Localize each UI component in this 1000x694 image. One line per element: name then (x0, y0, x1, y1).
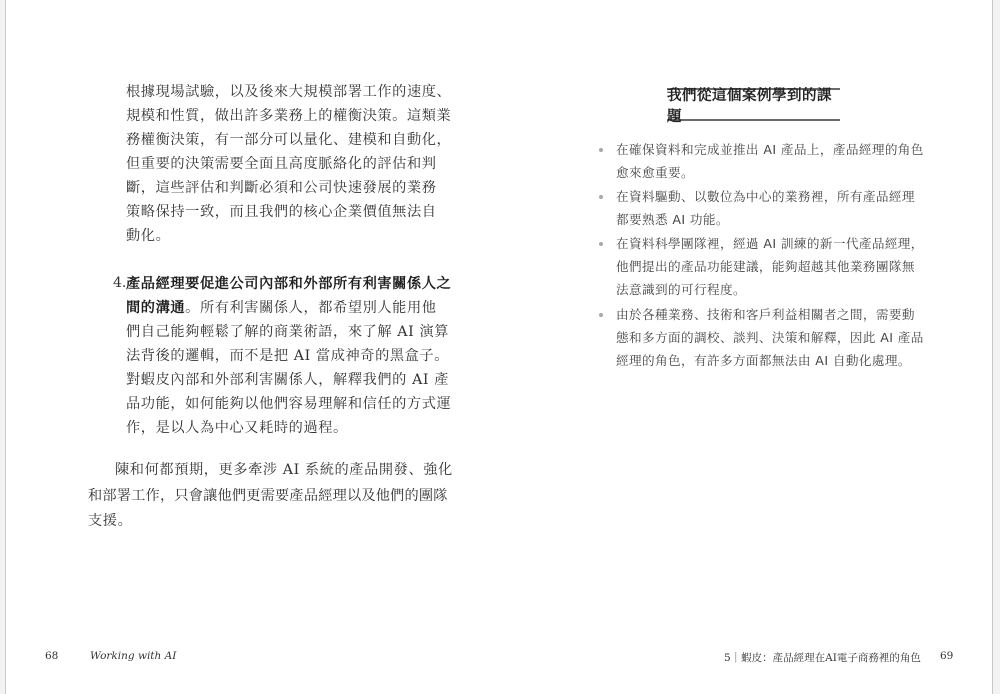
item-lead-bold: 產品經理要促進公司內部和外部所有利害關係人之 (126, 275, 451, 293)
bullet-icon (599, 242, 603, 246)
text-line: 動化。 (126, 227, 170, 245)
box-title: 我們從這個案例學到的課題 (667, 84, 840, 126)
text-line: 們自己能夠輕鬆了解的商業術語，來了解 AI 演算 (126, 323, 449, 341)
text-line: 支援。 (88, 512, 132, 530)
running-title-left: Working with AI (90, 650, 176, 662)
text-line: 間的溝通。所有利害關係人，都希望別人能用他 (126, 299, 437, 317)
text-line: 作，是以人為中心又耗時的過程。 (126, 419, 348, 437)
text-line: 斷，這些評估和判斷必須和公司快速發展的業務 (126, 179, 437, 197)
item-text: 。所有利害關係人，都希望別人能用他 (185, 300, 436, 316)
running-title-right: 5｜蝦皮：產品經理在AI電子商務裡的角色 (724, 650, 921, 665)
page-number-left: 68 (45, 650, 58, 662)
list-item-line: 態和多方面的調校、談判、決策和解釋，因此 AI 產品 (616, 330, 924, 346)
bullet-icon (599, 148, 603, 152)
list-item-line: 法意識到的可行程度。 (616, 282, 746, 298)
list-item-line: 經理的角色，有許多方面都無法由 AI 自動化處理。 (616, 353, 911, 369)
list-item-line: 由於各種業務、技術和客戶利益相關者之間，需要動 (616, 307, 915, 323)
text-line: 務權衡決策，有一部分可以量化、建模和自動化， (126, 131, 451, 149)
text-line: 但重要的決策需要全面且高度脈絡化的評估和判 (126, 155, 437, 173)
text-line: 對蝦皮內部和外部利害關係人，解釋我們的 AI 產 (126, 371, 449, 389)
list-item-line: 在資料驅動、以數位為中心的業務裡，所有產品經理 (616, 189, 915, 205)
list-item-line: 都要熟悉 AI 功能。 (616, 212, 729, 228)
text-line: 陳和何都預期，更多牽涉 AI 系統的產品開發、強化 (115, 461, 453, 479)
list-item-line: 他們提出的產品功能建議，能夠超越其他業務團隊無 (616, 259, 915, 275)
list-item-line: 在確保資料和完成並推出 AI 產品上，產品經理的角色 (616, 142, 924, 158)
page-number-right: 69 (940, 650, 953, 662)
text-line: 品功能，如何能夠以他們容易理解和信任的方式運 (126, 395, 451, 413)
item-number: 4. (113, 275, 126, 291)
list-item-line: 在資料科學團隊裡，經過 AI 訓練的新一代產品經理， (616, 236, 924, 252)
lessons-box-heading: 我們從這個案例學到的課題 (667, 88, 840, 121)
bullet-icon (599, 195, 603, 199)
list-item-line: 愈來愈重要。 (616, 165, 694, 181)
bullet-icon (599, 313, 603, 317)
text-line: 和部署工作，只會讓他們更需要產品經理以及他們的團隊 (88, 487, 448, 505)
item-lead-bold: 間的溝通 (126, 300, 185, 316)
right-page-edge (992, 0, 1000, 694)
text-line: 策略保持一致，而且我們的核心企業價值無法自 (126, 203, 437, 221)
text-line: 根據現場試驗，以及後來大規模部署工作的速度、 (126, 83, 451, 101)
text-line: 法背後的邏輯，而不是把 AI 當成神奇的黑盒子。 (126, 347, 449, 365)
text-line: 規模和性質，做出許多業務上的權衡決策。這類業 (126, 107, 451, 125)
left-page-edge (0, 0, 6, 694)
